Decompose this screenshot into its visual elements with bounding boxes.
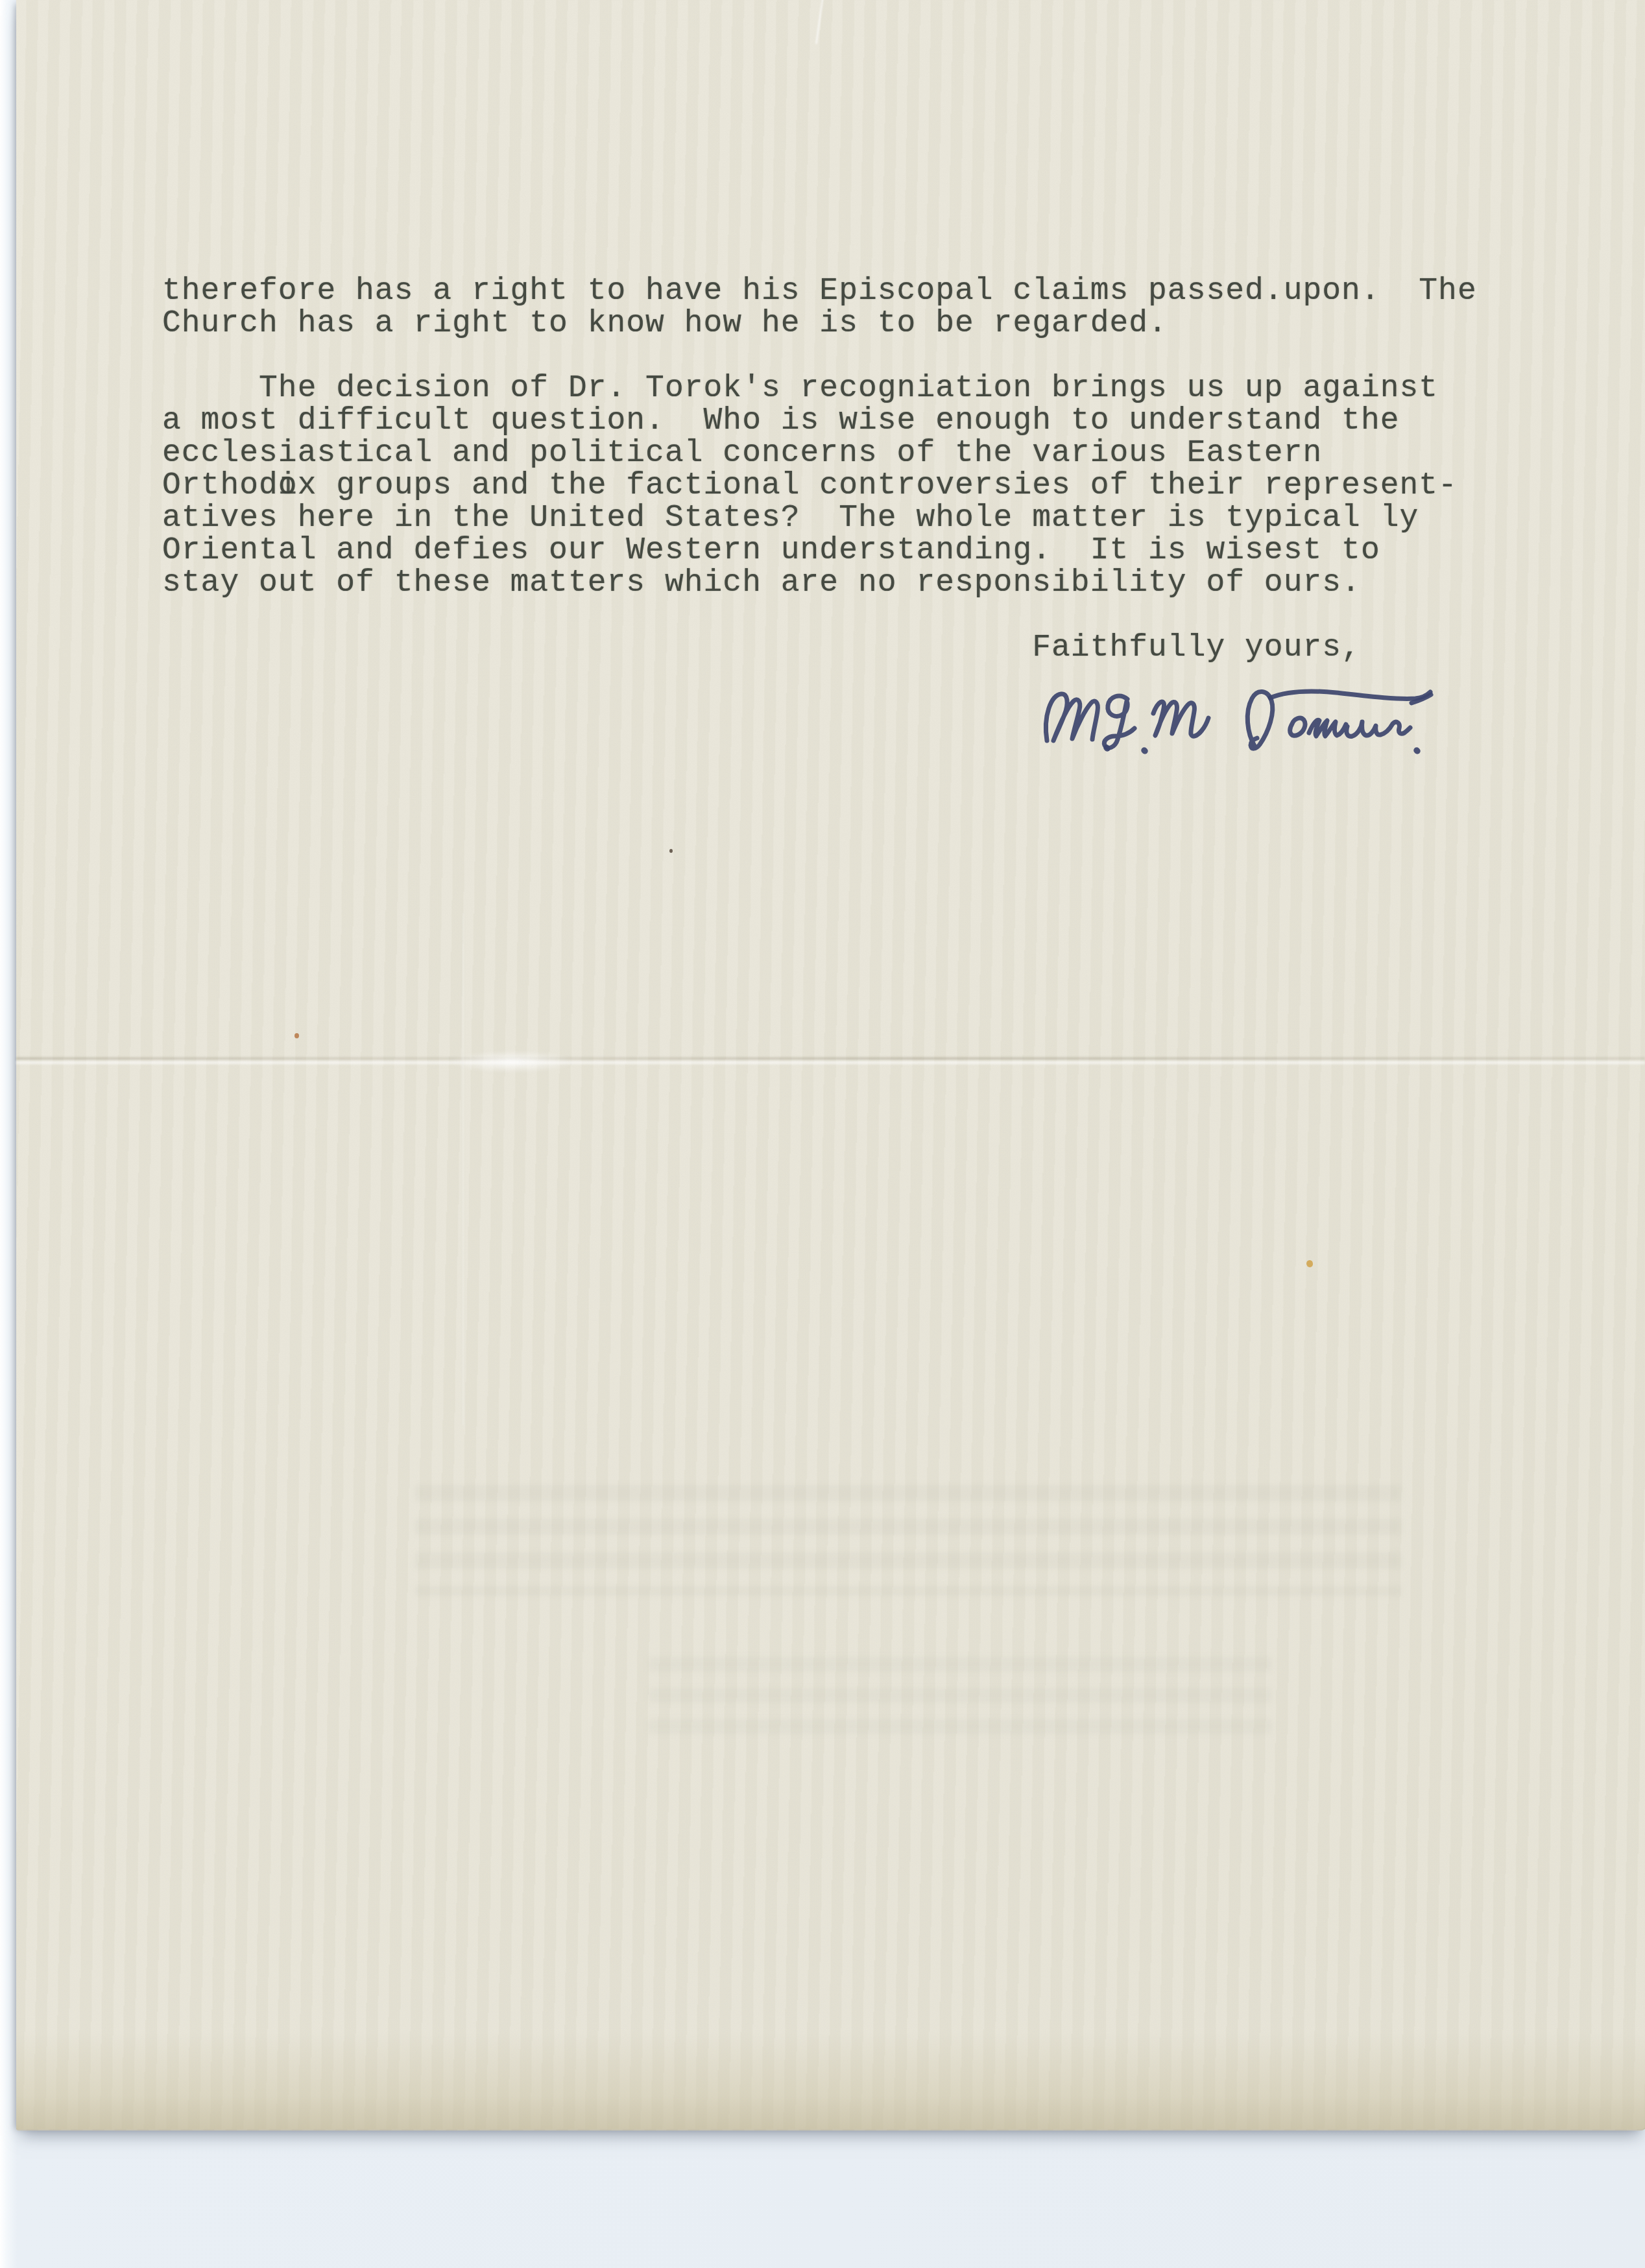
letter-line: The decision of Dr. Torok's recogniation… xyxy=(162,372,1477,405)
horizontal-fold-crease xyxy=(16,1057,1645,1060)
signature-initial-w xyxy=(1046,694,1098,741)
amber-speck xyxy=(1306,1260,1313,1267)
overstrike-glyph: i xyxy=(278,470,298,502)
signature-initial-g xyxy=(1104,696,1135,748)
letter-line: atives here in the United States? The wh… xyxy=(162,502,1477,534)
letter-body: therefore has a right to have his Episco… xyxy=(162,275,1477,664)
vertical-fold-crease xyxy=(462,913,464,1426)
letter-line: stay out of these matters which are no r… xyxy=(162,567,1477,599)
paper-bottom-tint xyxy=(16,2032,1645,2129)
letter-line xyxy=(162,340,1477,372)
fold-damage-spot xyxy=(428,1047,597,1077)
signature-initial-m xyxy=(1153,702,1208,736)
letter-line: ecclesiastical and political concerns of… xyxy=(162,437,1477,470)
letter-line: a most difficult question. Who is wise e… xyxy=(162,405,1477,437)
letter-line: Faithfully yours, xyxy=(162,632,1477,664)
letter-line: Oriental and defies our Western understa… xyxy=(162,534,1477,567)
signature-capital-d xyxy=(1247,691,1273,748)
show-through-ghost xyxy=(649,1657,1271,1741)
letter-line xyxy=(162,599,1477,632)
rust-speck xyxy=(294,1033,299,1038)
signature-surname-tail xyxy=(1290,718,1410,736)
letter-line: Church has a right to know how he is to … xyxy=(162,307,1477,340)
dark-speck xyxy=(669,849,673,853)
signature xyxy=(1025,686,1440,829)
horizontal-fold-highlight xyxy=(16,1061,1645,1064)
scanned-letter-page: { "document": { "kind": "typewritten let… xyxy=(0,0,1645,2268)
signature-flourish xyxy=(1270,691,1430,699)
letter-line: Orthodox groups and the factional contro… xyxy=(162,470,1477,502)
signature-period xyxy=(1417,750,1417,751)
letter-line: therefore has a right to have his Episco… xyxy=(162,275,1477,307)
show-through-ghost xyxy=(415,1485,1401,1595)
signature-period xyxy=(1144,750,1145,751)
